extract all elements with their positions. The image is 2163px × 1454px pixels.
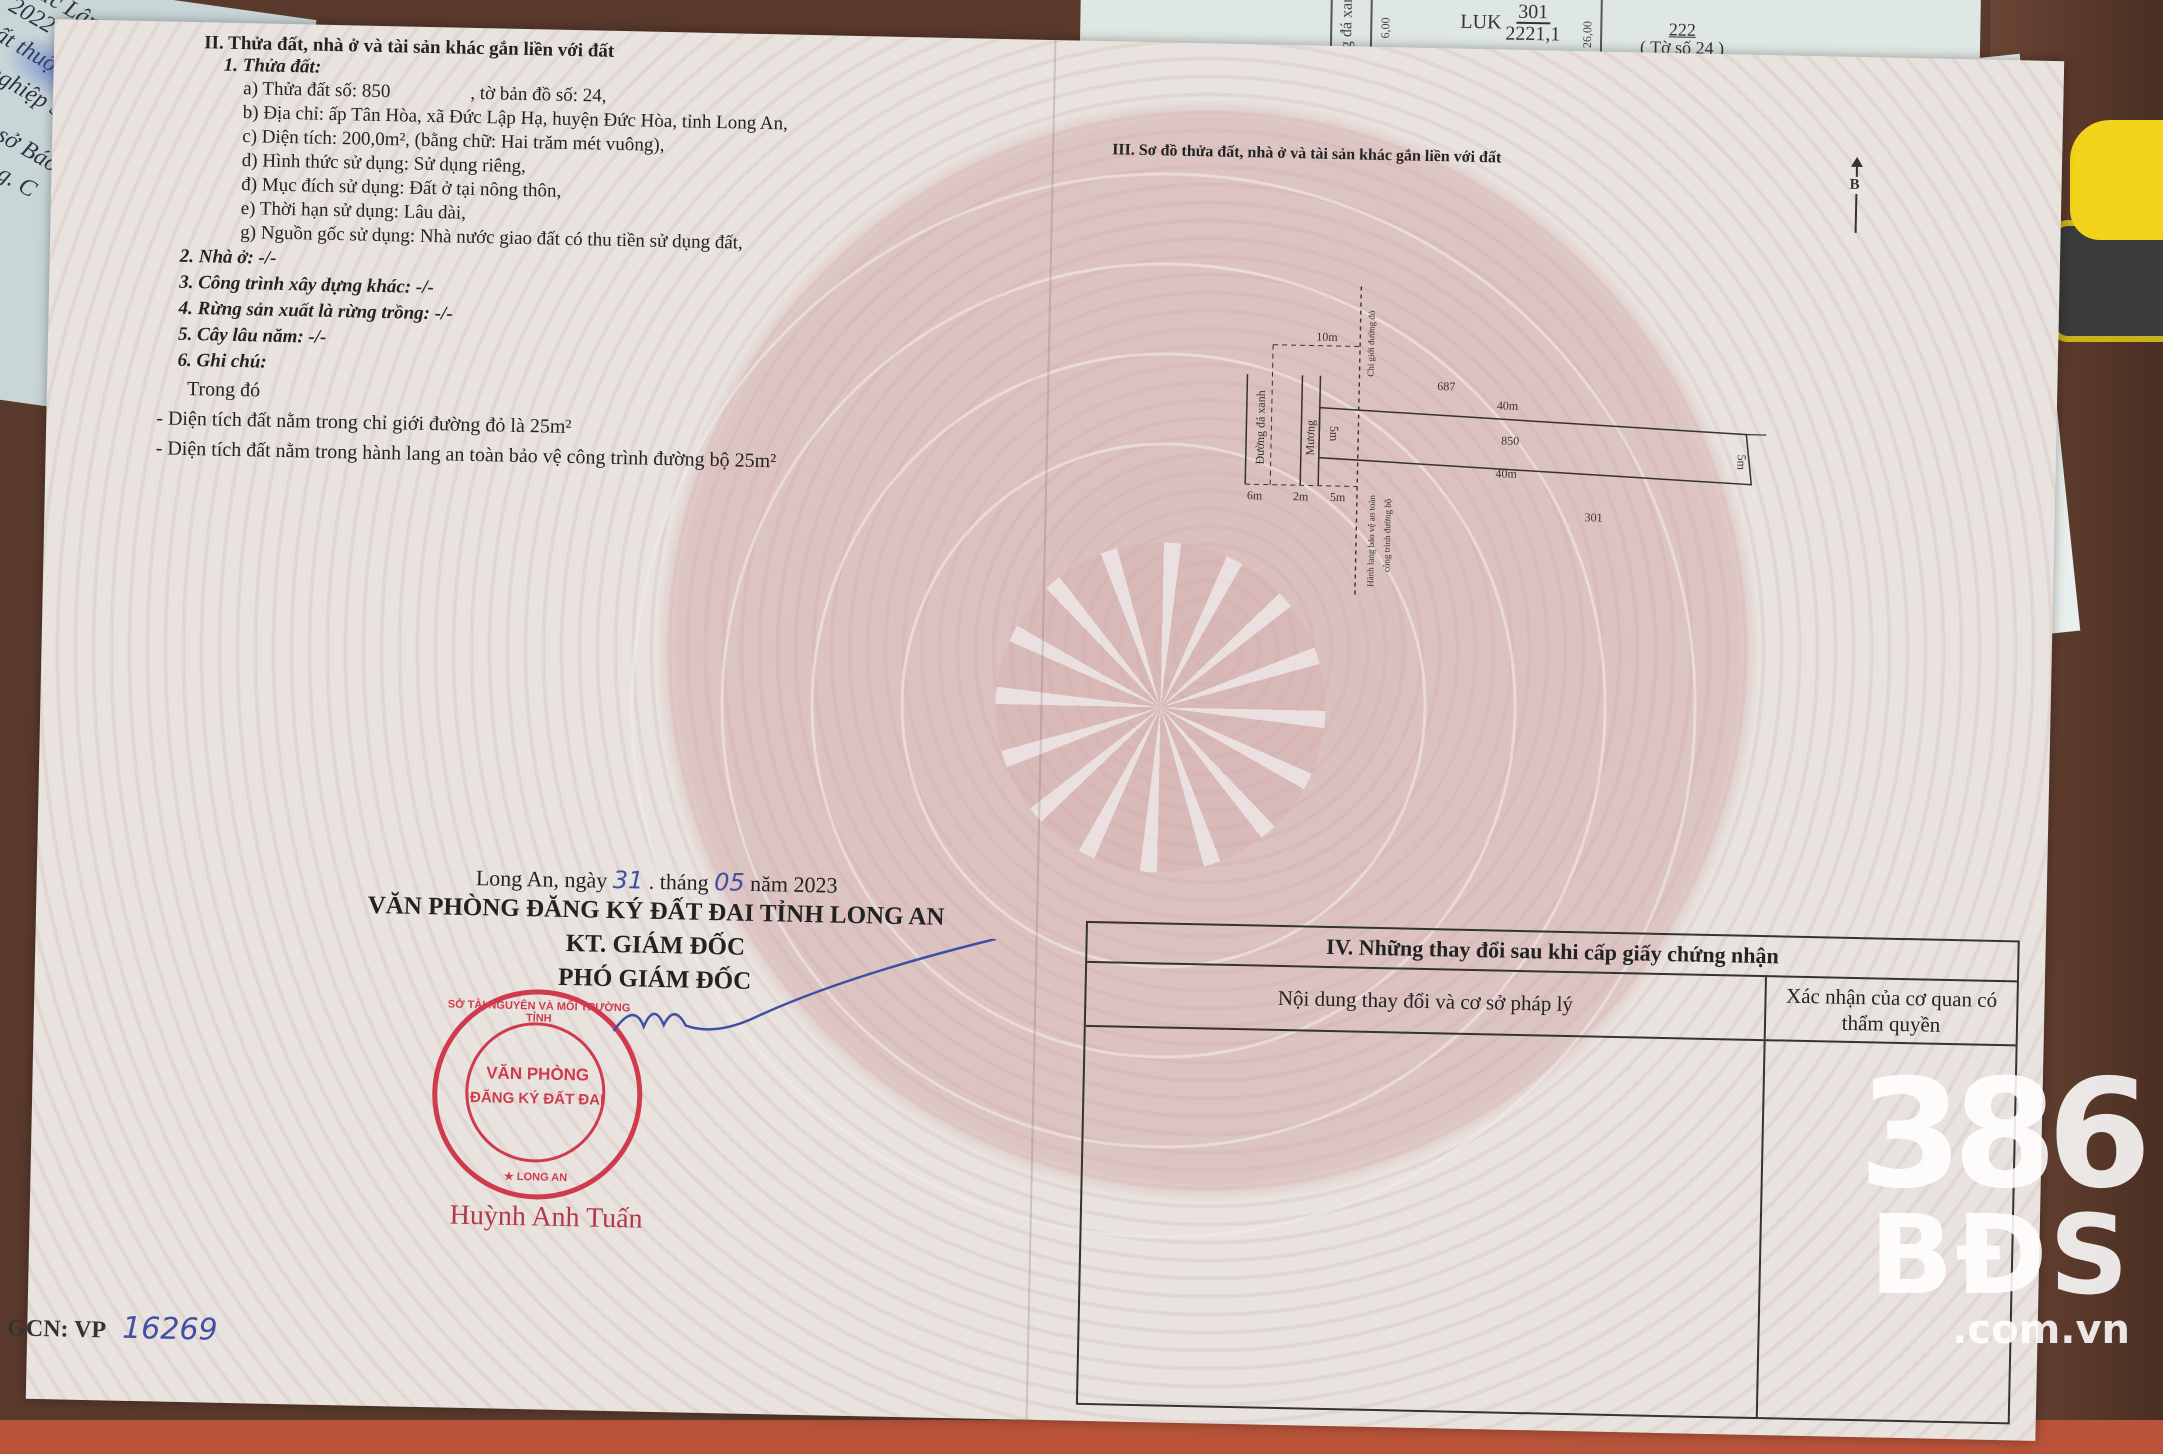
seal-line-1: VĂN PHÒNG [437,1062,637,1086]
parcel-code: LUK [1460,10,1502,34]
handwritten-signature [593,931,1015,1060]
signer-name: Huỳnh Anh Tuấn [449,1200,643,1236]
section-land-info: II. Thửa đất, nhà ở và tài sản khác gắn … [195,32,1084,482]
section-3-title: III. Sơ đồ thửa đất, nhà ở và tài sản kh… [1112,141,1501,167]
stapler-object [2050,120,2163,340]
dim-bottom: 40m [1495,466,1517,480]
seal-ring-text: ★ LONG AN [435,1168,635,1185]
watermark-logo: 386 BĐS .com.vn [1850,1060,2150,1350]
date-day: 31 [612,866,643,895]
map-dim-label: 6,00 [1378,17,1393,38]
map-sheet-number: , tờ bản đồ số: 24, [470,83,607,107]
gcn-label: GCN: VP [7,1315,106,1343]
dim-setback: 5m [1330,490,1346,504]
north-arrow-icon: B [1841,157,1873,238]
stapler-top [2070,120,2163,240]
dim-canal: 2m [1293,489,1309,503]
parcel-label: 850 [1501,433,1519,447]
north-label: B [1849,177,1859,194]
parcel-fraction: 301 2221,1 [1505,2,1561,45]
red-line-label: Chỉ giới đường đỏ [1365,310,1376,377]
canal-label: Mương [1303,420,1318,456]
column-authority-confirmation: Xác nhận của cơ quan có thẩm quyền [1766,977,2017,1044]
date-year: năm 2023 [750,871,838,898]
parcel-diagram: 10m 40m 687 850 40m 301 6m 2m 5m Đường đ… [1223,284,1829,606]
gcn-number: 16269 [122,1311,218,1348]
certificate-number: GCN: VP16269 [7,1308,218,1347]
change-content-cell [1078,1027,1766,1417]
corridor-label: Hành lang bảo vệ an toàn [1365,494,1377,586]
column-change-content: Nội dung thay đổi và cơ sở pháp lý [1086,963,1767,1039]
watermark-number: 386 [1850,1060,2150,1210]
road-label: Đường đá xanh [1253,390,1269,464]
month-prefix: . tháng [649,869,709,895]
map-dim-label: 26,00 [1580,21,1595,48]
map-parcel-301: LUK 301 2221,1 [1460,1,1561,45]
dim-total: 10m [1316,330,1338,344]
neighbor-south: 301 [1584,510,1602,524]
neighbor-north: 687 [1437,379,1455,393]
dim-top: 40m [1497,398,1519,412]
dim-back: 5m [1735,454,1749,470]
parcel-area: 2221,1 [1505,24,1560,45]
dim-road: 6m [1247,488,1263,502]
date-prefix: Long An, ngày [476,865,608,893]
date-month: 05 [714,868,745,897]
dim-front: 5m [1327,426,1341,442]
parcel-number: a) Thửa đất số: 850 [243,78,391,102]
corridor-label: công trình đường bộ [1381,498,1393,572]
land-use-certificate: II. Thửa đất, nhà ở và tài sản khác gắn … [26,19,2064,1441]
watermark-brand: BĐS [1850,1200,2150,1310]
parcel-number: 301 [1516,2,1550,25]
